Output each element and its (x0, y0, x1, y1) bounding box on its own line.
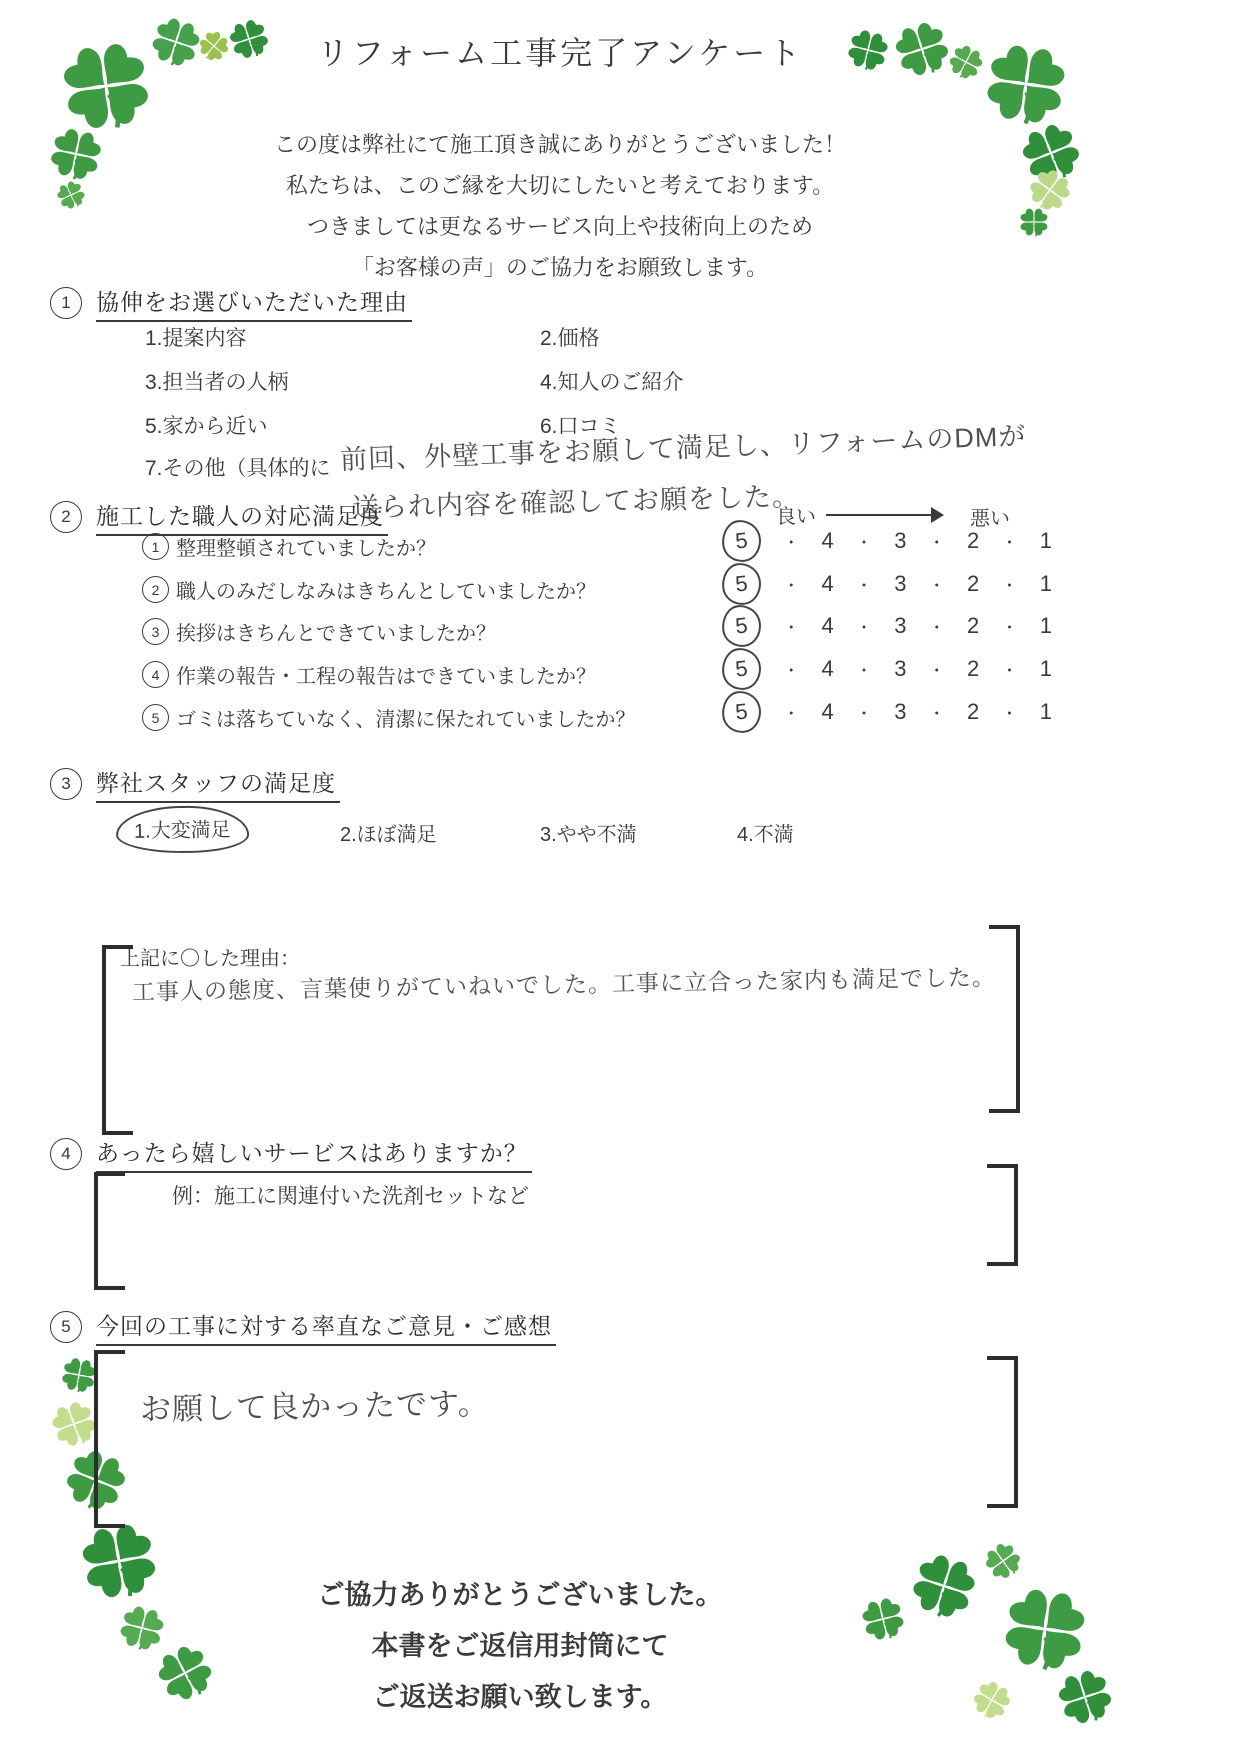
handwritten-reason-line: 前回、外壁工事をお願して満足し、リフォームのDMが (339, 414, 1027, 477)
rating-5-selected: 5 (720, 689, 763, 735)
rating-dot: ・ (783, 658, 799, 681)
rating-dot: ・ (1001, 658, 1017, 681)
rating-row-4: 5 ・ 4 ・ 3 ・ 2 ・ 1 (722, 656, 1052, 682)
staff-option-3: 3.やや不満 (540, 818, 637, 847)
rating-2: 2 (967, 571, 979, 597)
scale-good-label: 良い (776, 500, 816, 529)
footer-line: ご協力ありがとうございました。 (70, 1570, 970, 1621)
rating-dot: ・ (783, 573, 799, 596)
question-number: 5 (142, 704, 169, 731)
question-number: 2 (142, 576, 169, 603)
rating-dot: ・ (929, 573, 945, 596)
rating-2: 2 (967, 699, 979, 725)
question-row-2: 2 職人のみだしなみはきちんとしていましたか？ (142, 575, 596, 604)
section-heading: 弊社スタッフの満足度 (96, 765, 340, 803)
rating-row-5: 5 ・ 4 ・ 3 ・ 2 ・ 1 (722, 699, 1052, 725)
intro-line: つきましては更なるサービス向上や技術向上のため (60, 206, 1060, 247)
question-row-1: 1 整理整頓されていましたか？ (142, 532, 436, 561)
reason-option-1: 1.提案内容 (145, 322, 247, 352)
rating-dot: ・ (1001, 701, 1017, 724)
rating-4: 4 (821, 528, 833, 554)
service-example-text: 例：施工に関連付いた洗剤セットなど (172, 1180, 529, 1210)
rating-3: 3 (894, 571, 906, 597)
rating-1: 1 (1040, 656, 1052, 682)
section-heading: あったら嬉しいサービスはありますか？ (96, 1135, 532, 1173)
rating-4: 4 (821, 613, 833, 639)
rating-dot: ・ (856, 573, 872, 596)
reason-label: 上記に〇した理由： (120, 942, 300, 971)
rating-row-1: 5 ・ 4 ・ 3 ・ 2 ・ 1 (722, 528, 1052, 554)
question-row-3: 3 挨拶はきちんとできていましたか？ (142, 617, 496, 646)
rating-dot: ・ (856, 701, 872, 724)
section-number: 5 (50, 1311, 82, 1343)
clover-icon (994, 1578, 1096, 1680)
intro-line: 「お客様の声」のご協力をお願致します。 (60, 247, 1060, 288)
clover-icon (965, 1673, 1020, 1728)
question-number: 1 (142, 533, 169, 560)
reason-option-4: 4.知人のご紹介 (540, 366, 684, 396)
rating-dot: ・ (1001, 615, 1017, 638)
section-heading: 今回の工事に対する率直なご意見・ご感想 (96, 1308, 556, 1346)
rating-1: 1 (1040, 528, 1052, 554)
section-heading: 施工した職人の対応満足度 (96, 498, 388, 536)
rating-1: 1 (1040, 699, 1052, 725)
left-bracket (94, 1172, 126, 1290)
reason-option-3: 3.担当者の人柄 (145, 366, 289, 396)
footer-line: 本書をご返信用封筒にて (70, 1621, 970, 1672)
rating-3: 3 (894, 613, 906, 639)
rating-dot: ・ (783, 701, 799, 724)
rating-row-3: 5 ・ 4 ・ 3 ・ 2 ・ 1 (722, 613, 1052, 639)
arrow-right-icon (826, 514, 942, 516)
question-text: 作業の報告・工程の報告はできていましたか？ (176, 660, 596, 689)
staff-option-2: 2.ほぼ満足 (340, 818, 437, 847)
rating-3: 3 (894, 699, 906, 725)
rating-dot: ・ (856, 530, 872, 553)
rating-4: 4 (821, 699, 833, 725)
scale-bad-label: 悪い (970, 502, 1010, 531)
staff-option-1-selected: 1.大変満足 (116, 806, 249, 853)
section-2-header: 2 施工した職人の対応満足度 (50, 498, 388, 536)
rating-dot: ・ (929, 658, 945, 681)
reason-option-7: 7.その他（具体的に (145, 452, 331, 482)
question-text: 整理整頓されていましたか？ (176, 532, 436, 561)
rating-dot: ・ (929, 530, 945, 553)
footer-message: ご協力ありがとうございました。 本書をご返信用封筒にて ご返送お願い致します。 (70, 1570, 970, 1723)
footer-line: ご返送お願い致します。 (70, 1672, 970, 1723)
right-bracket (986, 1164, 1018, 1266)
reason-option-2: 2.価格 (540, 322, 600, 352)
section-number: 1 (50, 287, 82, 319)
question-number: 4 (142, 661, 169, 688)
rating-4: 4 (821, 571, 833, 597)
handwritten-reason-line: 送られ内容を確認してお願をした。 (351, 474, 800, 525)
question-number: 3 (142, 618, 169, 645)
right-bracket (988, 925, 1020, 1113)
section-number: 3 (50, 768, 82, 800)
rating-2: 2 (967, 613, 979, 639)
rating-3: 3 (894, 528, 906, 554)
intro-paragraph: この度は弊社にて施工頂き誠にありがとうございました！ 私たちは、このご縁を大切に… (60, 124, 1060, 288)
page-title: リフォーム工事完了アンケート (60, 28, 1060, 74)
survey-page: リフォーム工事完了アンケート この度は弊社にて施工頂き誠にありがとうございました… (0, 0, 1240, 1754)
rating-dot: ・ (1001, 573, 1017, 596)
hand-circle-mark: 1.大変満足 (116, 805, 249, 854)
question-text: ゴミは落ちていなく、清潔に保たれていましたか？ (176, 703, 635, 732)
left-bracket (94, 1350, 126, 1528)
rating-5-selected: 5 (720, 646, 763, 692)
rating-5-selected: 5 (720, 561, 763, 607)
section-5-header: 5 今回の工事に対する率直なご意見・ご感想 (50, 1308, 556, 1346)
rating-5-selected: 5 (720, 603, 763, 649)
rating-1: 1 (1040, 613, 1052, 639)
rating-row-2: 5 ・ 4 ・ 3 ・ 2 ・ 1 (722, 571, 1052, 597)
staff-option-4: 4.不満 (737, 818, 794, 847)
section-number: 2 (50, 501, 82, 533)
rating-dot: ・ (1001, 530, 1017, 553)
rating-3: 3 (894, 656, 906, 682)
rating-5-selected: 5 (720, 518, 763, 564)
rating-dot: ・ (856, 658, 872, 681)
question-row-5: 5 ゴミは落ちていなく、清潔に保たれていましたか？ (142, 703, 635, 732)
rating-2: 2 (967, 528, 979, 554)
question-text: 挨拶はきちんとできていましたか？ (176, 617, 496, 646)
intro-line: この度は弊社にて施工頂き誠にありがとうございました！ (60, 124, 1060, 165)
rating-4: 4 (821, 656, 833, 682)
rating-dot: ・ (929, 615, 945, 638)
rating-dot: ・ (783, 530, 799, 553)
rating-1: 1 (1040, 571, 1052, 597)
intro-line: 私たちは、このご縁を大切にしたいと考えております。 (60, 165, 1060, 206)
rating-dot: ・ (783, 615, 799, 638)
rating-2: 2 (967, 656, 979, 682)
section-heading: 協伸をお選びいただいた理由 (96, 284, 412, 322)
left-bracket (102, 945, 134, 1135)
section-number: 4 (50, 1138, 82, 1170)
section-4-header: 4 あったら嬉しいサービスはありますか？ (50, 1135, 532, 1173)
section-3-header: 3 弊社スタッフの満足度 (50, 765, 340, 803)
reason-option-5: 5.家から近い (145, 410, 268, 440)
question-text: 職人のみだしなみはきちんとしていましたか？ (176, 575, 596, 604)
rating-dot: ・ (856, 615, 872, 638)
right-bracket (986, 1356, 1018, 1508)
question-row-4: 4 作業の報告・工程の報告はできていましたか？ (142, 660, 596, 689)
rating-dot: ・ (929, 701, 945, 724)
section-1-header: 1 協伸をお選びいただいた理由 (50, 284, 412, 322)
handwritten-comment: お願して良かったです。 (140, 1378, 490, 1429)
